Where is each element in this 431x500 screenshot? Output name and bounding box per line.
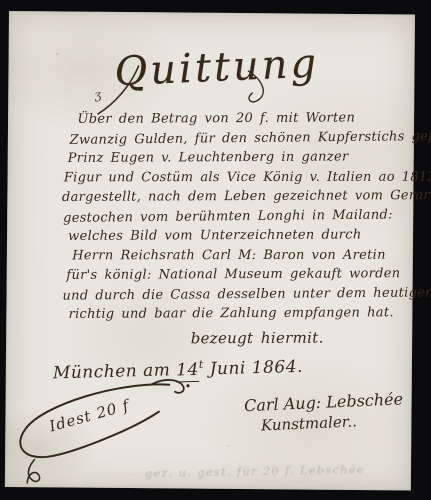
body-line: Herrn Reichsrath Carl M: Baron von Areti… — [72, 245, 422, 265]
signature-title: Kunstmaler.. — [261, 410, 405, 434]
signature-block: Carl Aug: Lebschée Kunstmaler.. — [244, 389, 405, 435]
body-line: Über den Betrag von 20 f. mit Worten — [77, 108, 421, 129]
document-body: Über den Betrag von 20 f. mit Worten Zwa… — [61, 108, 422, 349]
attestation-line: bezeugt hiermit. — [191, 328, 423, 349]
photo-background: Quittung ʒ Über den Betrag von 20 f. mit… — [0, 0, 431, 500]
pencil-note: gez. u. gest. für 20 f. Lebschée — [145, 463, 365, 480]
body-line: richtig und baar die Zahlung empfangen h… — [69, 303, 423, 324]
body-line: Figur und Costüm als Vice König v. Itali… — [64, 167, 422, 187]
document-paper: Quittung ʒ Über den Betrag von 20 f. mit… — [5, 11, 415, 491]
body-line: für's königl: National Museum gekauft wo… — [66, 264, 422, 285]
body-line: dargestellt, nach dem Leben gezeichnet v… — [62, 186, 422, 207]
body-line: welches Bild vom Unterzeichneten durch — [68, 225, 422, 246]
body-line: gestochen vom berühmten Longhi in Mailan… — [63, 205, 422, 228]
body-line: Zwanzig Gulden, für den schönen Kupferst… — [70, 127, 422, 150]
date-rest: Juni 1864. — [204, 357, 304, 380]
ink-mark: ʒ — [93, 87, 102, 102]
body-line: und durch die Cassa desselben unter dem … — [62, 283, 422, 306]
body-line: Prinz Eugen v. Leuchtenberg in ganzer — [68, 147, 422, 168]
